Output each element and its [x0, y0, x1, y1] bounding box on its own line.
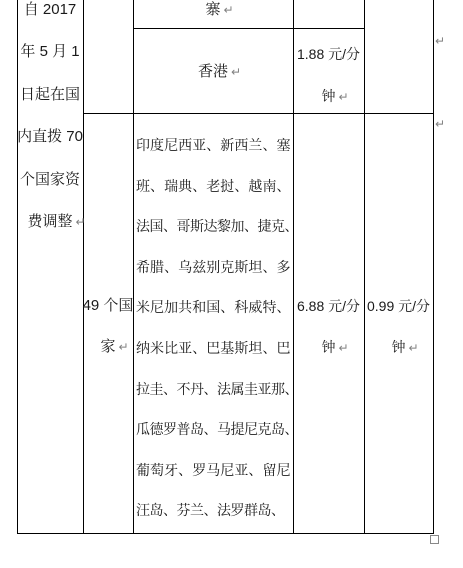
group-line-text: 家 — [100, 338, 115, 355]
note-line-text: 费调整 — [27, 213, 72, 230]
country-list-line: 希腊、乌兹别克斯坦、多 — [136, 247, 290, 288]
paragraph-return-mark: ↵ — [116, 340, 129, 354]
group-line: 家↵ — [100, 327, 115, 368]
country-list-line: 拉圭、不丹、法属圭亚那、 — [136, 369, 290, 410]
country-list-cell[interactable]: 印度尼西亚、新西兰、塞 班、瑞典、老挝、越南、 法国、哥斯达黎加、捷克、 希腊、… — [136, 113, 290, 531]
table-border-vertical-right — [433, 0, 434, 534]
row-end-mark: ↵ — [435, 33, 445, 49]
group-49-countries-cell[interactable]: 49 个国 家↵ — [83, 113, 133, 537]
country-list-line: 班、瑞典、老挝、越南、 — [136, 166, 290, 207]
discount-rate-cell[interactable]: 0.99 元/分 钟↵ — [364, 113, 433, 537]
country-fragment-cell[interactable]: 寨↵ — [133, 0, 293, 29]
country-list-line: 汪岛、芬兰、法罗群岛、 — [136, 490, 290, 531]
paragraph-return-mark: ↵ — [406, 341, 419, 355]
note-line: 自 2017 — [17, 0, 83, 31]
rate-line: 钟↵ — [322, 327, 336, 368]
group-line: 49 个国 — [83, 286, 134, 327]
rate-line-text: 钟 — [322, 339, 336, 355]
country-list-line: 瓜德罗普岛、马提尼克岛、 — [136, 409, 290, 450]
word-document-table-page: 自 2017 年 5 月 1 日起在国 内直拨 70 个国家资 费调整↵ 寨↵ … — [0, 0, 463, 568]
paragraph-return-mark: ↵ — [336, 341, 349, 355]
note-line: 费调整↵ — [17, 201, 83, 243]
note-line: 年 5 月 1 — [17, 31, 83, 73]
rate-line-text: 钟 — [392, 339, 406, 355]
rate-line: 0.99 元/分 — [367, 286, 430, 327]
rate-line-text: 钟 — [322, 88, 336, 104]
paragraph-return-mark: ↵ — [221, 3, 234, 17]
country-fragment-text: 寨 — [205, 1, 220, 18]
rate-line: 钟↵ — [392, 327, 406, 368]
paragraph-return-mark: ↵ — [228, 65, 241, 79]
note-line: 内直拨 70 — [17, 116, 83, 158]
country-list-line: 葡萄牙、罗马尼亚、留尼 — [136, 450, 290, 491]
table-resize-handle[interactable] — [430, 535, 439, 544]
hongkong-rate-cell[interactable]: 1.88 元/分 钟↵ — [293, 28, 364, 117]
hongkong-cell[interactable]: 香港↵ — [133, 28, 293, 113]
rate-line: 6.88 元/分 — [297, 286, 360, 327]
country-list-line: 印度尼西亚、新西兰、塞 — [136, 125, 290, 166]
country-list-line: 纳米比亚、巴基斯坦、巴 — [136, 328, 290, 369]
standard-rate-cell[interactable]: 6.88 元/分 钟↵ — [293, 113, 364, 537]
row-end-mark: ↵ — [435, 116, 445, 132]
country-list-line: 法国、哥斯达黎加、捷克、 — [136, 206, 290, 247]
note-line: 个国家资 — [17, 159, 83, 201]
country-list-line: 米尼加共和国、科威特、 — [136, 287, 290, 328]
adjustment-note-cell[interactable]: 自 2017 年 5 月 1 日起在国 内直拨 70 个国家资 费调整↵ — [17, 0, 83, 243]
rate-line: 1.88 元/分 — [297, 33, 360, 75]
paragraph-return-mark: ↵ — [336, 90, 349, 104]
rate-line: 钟↵ — [322, 75, 336, 117]
hongkong-text: 香港 — [198, 63, 228, 80]
note-line: 日起在国 — [17, 74, 83, 116]
